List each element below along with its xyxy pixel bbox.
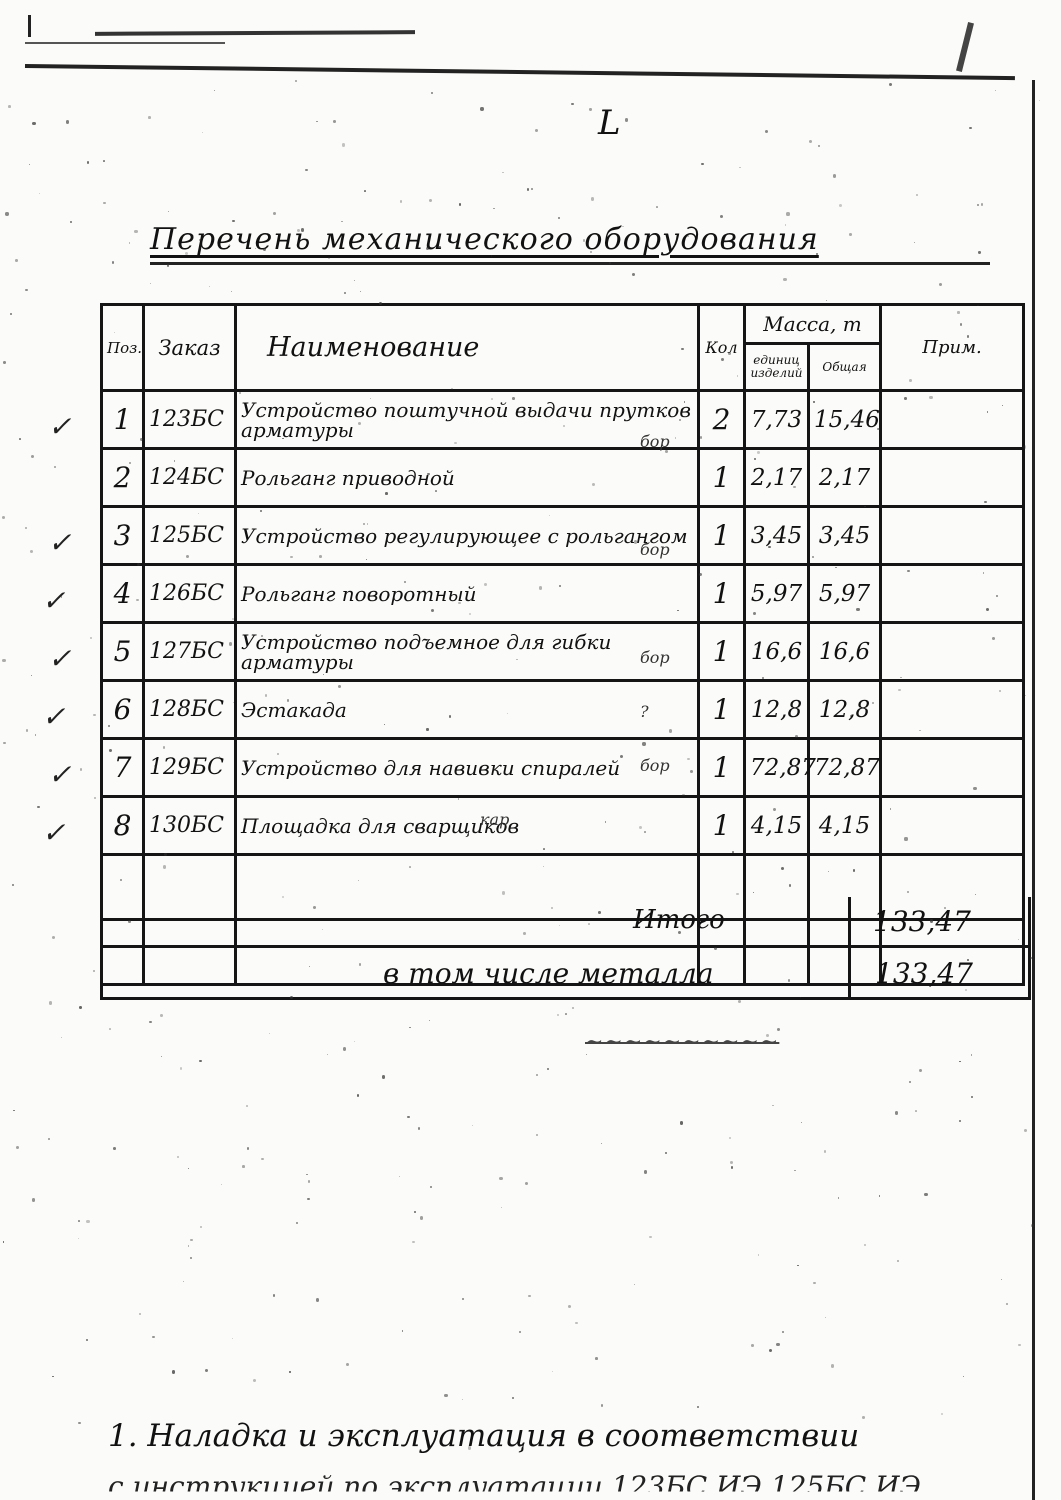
noise-speck [180,1067,183,1070]
noise-speck [148,116,151,119]
noise-speck [86,1220,89,1223]
noise-speck [516,659,517,660]
name-cell: Устройство поштучной выдачи прутков арма… [236,391,699,449]
noise-speck [543,848,545,850]
qty-cell: 1 [699,797,745,855]
noise-speck [400,200,403,203]
top-rule [95,30,415,36]
noise-speck [462,1298,464,1300]
noise-speck [512,397,515,400]
noise-speck [856,608,859,611]
noise-speck [16,1146,19,1149]
name-cell: Эстакада [236,681,699,739]
order-cell: 125БС [144,507,236,565]
noise-speck [772,1105,773,1106]
qty-cell: 1 [699,507,745,565]
noise-speck [188,1168,189,1169]
noise-speck [739,167,741,169]
noise-speck [316,1298,319,1301]
noise-speck [52,1376,53,1377]
noise-speck [605,821,606,822]
noise-speck [86,1339,88,1341]
noise-speck [61,1037,63,1039]
noise-speck [995,90,997,92]
noise-speck [547,1068,549,1070]
noise-speck [736,893,738,895]
noise-speck [944,907,946,909]
table-row: 4126БСРольганг поворотный15,975,97 [102,565,1024,623]
noise-speck [849,233,852,236]
noise-speck [120,879,122,881]
noise-speck [879,1195,880,1196]
noise-speck [231,291,232,292]
noise-speck [588,923,590,925]
noise-speck [558,217,561,220]
noise-speck [5,212,8,215]
noise-speck [78,1422,80,1424]
noise-speck [129,242,131,244]
noise-speck [246,1105,248,1107]
noise-speck [94,797,96,799]
noise-speck [319,555,322,558]
noise-speck [354,280,355,281]
noise-speck [813,1282,816,1285]
total-mass-cell: 72,87 [809,739,881,797]
noise-speck [25,289,27,291]
noise-speck [164,853,167,856]
noise-speck [507,713,508,714]
noise-speck [609,262,611,264]
noise-speck [904,837,907,840]
noise-speck [898,689,900,691]
noise-speck [1023,445,1026,448]
noise-speck [589,108,591,110]
noise-speck [622,226,623,227]
noise-speck [839,204,842,207]
name-cell: Устройство регулирующее с рольгангом [236,507,699,565]
noise-speck [978,251,980,253]
note-cell [881,391,1024,449]
noise-speck [198,513,199,514]
noise-speck [269,1033,270,1034]
qty-cell: 1 [699,623,745,681]
pos-cell: 7 [102,739,144,797]
noise-speck [572,1007,574,1009]
noise-speck [333,120,336,123]
note-cell [881,681,1024,739]
metal-label: в том числе металла [383,957,714,990]
noise-speck [273,1294,275,1296]
noise-speck [8,105,11,108]
noise-speck [644,1170,647,1173]
noise-speck [113,1147,116,1150]
pos-cell: 8 [102,797,144,855]
unit-mass-cell: 12,8 [745,681,809,739]
noise-speck [172,1370,175,1373]
unit-mass-cell: 16,6 [745,623,809,681]
total-mass-cell: 2,17 [809,449,881,507]
table-row: 2124БСРольганг приводной12,172,17 [102,449,1024,507]
noise-speck [19,438,21,440]
noise-speck [2,516,5,519]
name-cell: Рольганг приводной [236,449,699,507]
noise-speck [136,599,138,601]
noise-speck [128,920,130,922]
noise-speck [260,510,262,512]
table-row: 1123БСУстройство поштучной выдачи прутко… [102,391,1024,449]
order-cell: 126БС [144,565,236,623]
noise-speck [766,1034,769,1037]
table-row: 3125БСУстройство регулирующее с рольганг… [102,507,1024,565]
noise-speck [625,118,628,121]
noise-speck [3,742,6,745]
noise-speck [199,239,201,241]
pos-cell: 1 [102,391,144,449]
noise-speck [732,851,734,853]
noise-speck [273,212,276,215]
check-mark-icon: ✓ [42,584,65,617]
noise-speck [200,1226,201,1227]
noise-speck [364,350,366,352]
noise-speck [221,1184,222,1185]
noise-speck [32,1198,35,1201]
noise-speck [889,83,892,86]
noise-speck [523,932,526,935]
noise-speck [971,1096,973,1098]
noise-speck [1039,100,1041,102]
pencil-mark [956,22,974,72]
qty-cell: 1 [699,739,745,797]
order-cell: 129БС [144,739,236,797]
check-mark-icon: ✓ [42,816,65,849]
noise-speck [360,291,361,292]
pos-cell: 2 [102,449,144,507]
qty-cell: 2 [699,391,745,449]
noise-speck [426,728,428,730]
noise-speck [451,388,452,389]
noise-speck [480,107,483,110]
noise-speck [789,884,791,886]
pencil-annotation: бор [640,540,670,559]
noise-speck [957,311,959,313]
noise-speck [977,305,979,307]
noise-speck [261,415,263,417]
metal-value: 133,47 [875,957,973,990]
noise-speck [287,699,290,702]
noise-speck [813,401,814,402]
noise-speck [768,546,770,548]
noise-speck [261,635,263,637]
noise-speck [3,361,6,364]
noise-speck [835,567,836,568]
noise-speck [665,1152,667,1154]
noise-speck [160,1014,163,1017]
header-pos: Поз. [102,305,144,391]
noise-speck [969,127,972,130]
noise-speck [282,438,284,440]
note-cell [881,623,1024,681]
order-cell: 123БС [144,391,236,449]
noise-speck [429,1020,430,1021]
stray-mark: L [598,103,621,143]
noise-speck [826,300,828,302]
noise-speck [31,455,34,458]
noise-speck [915,1110,917,1112]
pos-cell: 4 [102,565,144,623]
noise-speck [253,1379,256,1382]
noise-speck [163,746,165,748]
noise-speck [1030,957,1032,959]
noise-speck [1018,1344,1020,1346]
noise-speck [418,1127,421,1130]
noise-speck [536,1134,538,1136]
total-mass-cell: 5,97 [809,565,881,623]
noise-speck [168,211,169,212]
noise-speck [999,690,1001,692]
noise-speck [527,188,529,190]
noise-speck [565,1013,567,1015]
noise-speck [525,1182,528,1185]
noise-speck [305,169,307,171]
noise-speck [649,1236,652,1239]
noise-speck [535,129,538,132]
name-cell: Устройство для навивки спиралей [236,739,699,797]
noise-speck [306,1174,307,1175]
noise-speck [897,1260,899,1262]
noise-speck [1025,695,1026,696]
noise-speck [959,1061,960,1062]
noise-speck [361,238,363,240]
unit-mass-cell: 7,73 [745,391,809,449]
noise-speck [493,208,495,210]
noise-speck [427,473,429,475]
noise-speck [29,164,31,166]
pencil-annotation: бор [640,756,670,775]
noise-speck [232,1338,233,1339]
noise-speck [765,130,768,133]
noise-speck [512,1397,515,1400]
qty-cell: 1 [699,681,745,739]
noise-speck [205,1369,208,1372]
noise-speck [431,92,433,94]
noise-speck [679,419,680,420]
noise-speck [444,1394,447,1397]
noise-speck [656,206,658,208]
pencil-annotation: ? [640,702,649,721]
noise-speck [690,770,693,773]
noise-speck [190,1239,192,1241]
title-underline [150,262,990,265]
noise-speck [79,1006,82,1009]
noise-speck [426,247,429,250]
noise-speck [729,1137,731,1139]
noise-speck [289,1371,290,1372]
noise-speck [963,1376,964,1377]
noise-speck [232,220,234,222]
noise-speck [669,729,672,732]
noise-speck [601,1404,603,1406]
noise-speck [786,212,789,215]
top-rule [25,64,1015,80]
noise-speck [531,188,533,190]
noise-speck [501,1207,502,1208]
equipment-table: Поз. Заказ Наименование Кол Масса, т При… [100,303,1025,986]
total-mass-cell: 4,15 [809,797,881,855]
illegible-scrawl: ~~~~~~~~~~ [585,1030,779,1055]
noise-speck [15,259,18,262]
noise-speck [788,979,790,981]
header-mass-unit: единиц изделий [745,344,809,391]
noise-speck [983,572,985,574]
noise-speck [634,1284,635,1285]
noise-speck [776,1343,779,1346]
noise-speck [895,1111,898,1114]
table-row: 6128БСЭстакада112,812,8 [102,681,1024,739]
noise-speck [536,1074,538,1076]
noise-speck [557,1014,559,1016]
noise-speck [188,1245,190,1247]
header-mass-total: Общая [809,344,881,391]
noise-speck [751,1344,754,1347]
corner-mark [28,15,31,37]
noise-speck [595,1357,598,1360]
check-mark-icon: ✓ [42,700,65,733]
noise-speck [794,1170,796,1172]
noise-speck [862,1416,865,1419]
note-cell [881,565,1024,623]
noise-speck [800,997,801,998]
noise-speck [282,896,284,898]
noise-speck [864,1244,866,1246]
noise-speck [909,1081,911,1083]
noise-speck [404,581,406,583]
noise-speck [782,1331,784,1333]
noise-speck [491,398,493,400]
noise-speck [783,278,786,281]
noise-speck [959,1120,961,1122]
pos-cell: 5 [102,623,144,681]
noise-speck [552,1371,553,1372]
noise-speck [308,1180,311,1183]
noise-speck [103,202,106,205]
noise-speck [307,1198,309,1200]
noise-speck [341,221,342,222]
order-cell: 127БС [144,623,236,681]
noise-speck [675,437,676,438]
noise-speck [519,1331,522,1334]
noise-speck [399,1176,400,1177]
pencil-annotation: бор [640,432,670,451]
noise-speck [414,1211,416,1213]
noise-speck [327,1054,328,1055]
noise-speck [26,729,29,732]
noise-speck [103,160,105,162]
noise-speck [296,1222,298,1224]
noise-speck [37,806,39,808]
noise-speck [916,194,917,195]
total-mass-cell: 15,46 [809,391,881,449]
noise-speck [1031,1224,1034,1227]
noise-speck [154,765,156,767]
noise-speck [190,1257,192,1259]
noise-speck [199,1060,201,1062]
noise-speck [824,1150,827,1153]
noise-speck [313,906,316,909]
noise-speck [700,436,702,438]
noise-speck [177,1156,178,1157]
noise-speck [343,1047,346,1050]
noise-speck [793,486,795,488]
note-line-2: с инструкцией по эксплуатации 123БС ИЭ 1… [108,1470,921,1500]
noise-speck [831,1364,834,1367]
noise-speck [981,203,983,205]
noise-speck [186,555,189,558]
noise-speck [1006,1303,1008,1305]
noise-speck [797,1265,799,1267]
noise-speck [838,1197,840,1199]
pencil-annotation: кар [480,810,509,829]
noise-speck [1001,1279,1002,1280]
noise-speck [632,273,635,276]
noise-speck [438,246,440,248]
noise-speck [93,714,96,717]
noise-speck [730,1161,733,1164]
noise-speck [907,570,910,573]
header-mass: Масса, т [745,305,881,344]
noise-speck [232,1439,235,1442]
noise-speck [30,550,33,553]
noise-speck [13,1110,14,1111]
noise-speck [499,1177,502,1180]
noise-speck [539,586,542,589]
check-mark-icon: ✓ [48,526,71,559]
unit-mass-cell: 4,15 [745,797,809,855]
noise-speck [265,694,268,697]
noise-speck [163,865,166,868]
noise-speck [78,1238,79,1239]
totals-divider [103,945,1028,948]
noise-speck [301,228,304,231]
table-row: 5127БСУстройство подъемное для гибки арм… [102,623,1024,681]
noise-speck [409,866,411,868]
noise-speck [458,798,459,799]
noise-speck [924,1193,927,1196]
noise-speck [818,145,819,146]
noise-speck [90,637,93,640]
noise-speck [49,1001,52,1004]
noise-speck [52,936,55,939]
noise-speck [32,122,35,125]
header-name: Наименование [236,305,699,391]
noise-speck [247,1147,250,1150]
noise-speck [472,1125,473,1126]
noise-speck [197,769,198,770]
noise-speck [914,242,915,243]
check-mark-icon: ✓ [48,410,71,443]
noise-speck [385,492,388,495]
order-cell: 130БС [144,797,236,855]
noise-speck [342,143,345,146]
unit-mass-cell: 72,87 [745,739,809,797]
noise-speck [816,253,818,255]
check-mark-icon: ✓ [48,758,71,791]
name-cell: Рольганг поворотный [236,565,699,623]
noise-speck [598,911,601,914]
noise-speck [973,787,976,790]
noise-speck [233,702,234,703]
noise-speck [642,742,645,745]
noise-speck [904,397,907,400]
